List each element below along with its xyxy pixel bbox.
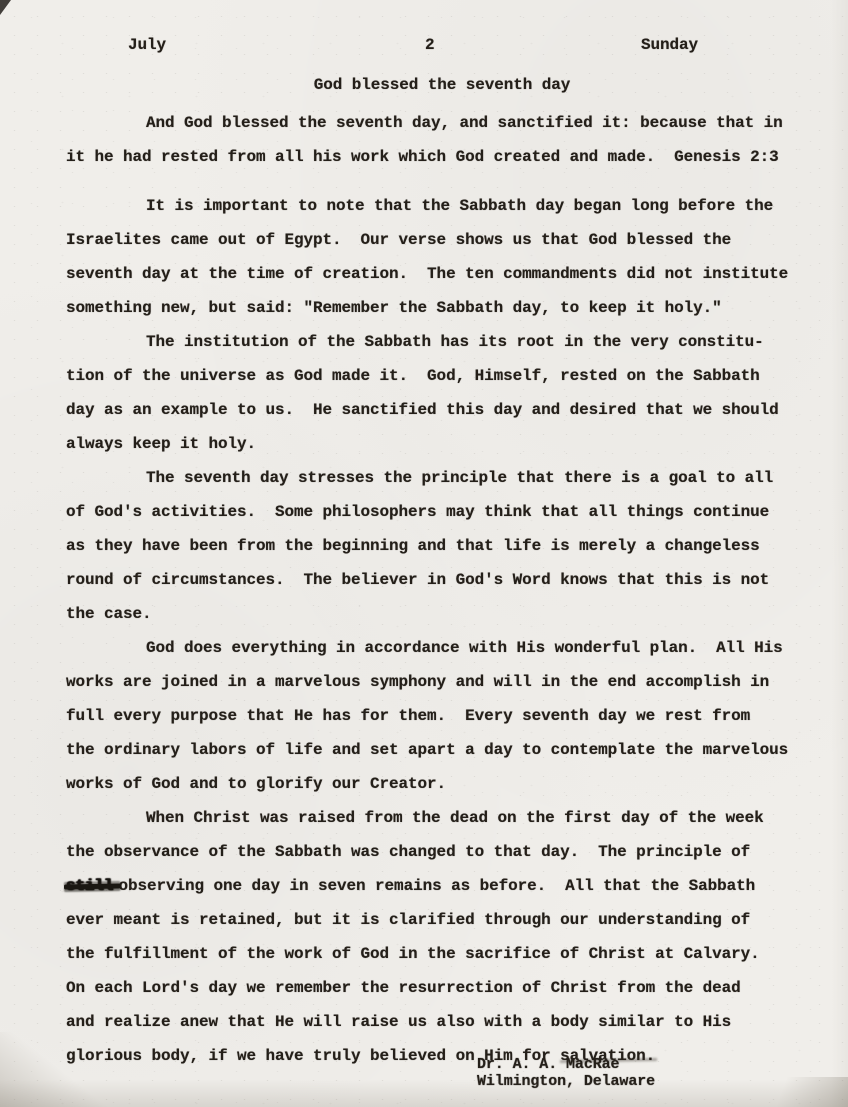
body-line: full every purpose that He has for them.… (66, 699, 826, 733)
body-line: The institution of the Sabbath has its r… (66, 325, 826, 359)
struck-out-word: still (66, 869, 114, 903)
header-day: Sunday (641, 36, 698, 54)
body-line: of God's activities. Some philosophers m… (66, 495, 826, 529)
line-with-smudge: glorious body, if we have truly believed… (66, 1039, 826, 1073)
body-line: It is important to note that the Sabbath… (66, 189, 826, 223)
document-body: And God blessed the seventh day, and san… (66, 106, 826, 1073)
page-title: God blessed the seventh day (0, 76, 848, 94)
body-line: The seventh day stresses the principle t… (66, 461, 826, 495)
page-header: July 2 Sunday (0, 36, 848, 56)
signature-name: Dr. A. A. MacRae (477, 1056, 655, 1073)
paragraph-1: It is important to note that the Sabbath… (66, 189, 826, 325)
body-line: always keep it holy. (66, 427, 826, 461)
body-line: round of circumstances. The believer in … (66, 563, 826, 597)
body-line: seventh day at the time of creation. The… (66, 257, 826, 291)
scan-corner-mark (0, 0, 11, 15)
signature-location: Wilmington, Delaware (477, 1073, 655, 1090)
body-line: and realize anew that He will raise us a… (66, 1005, 826, 1039)
signature-block: Dr. A. A. MacRae Wilmington, Delaware (477, 1056, 655, 1090)
header-page-number: 2 (425, 36, 435, 54)
paragraph-5: When Christ was raised from the dead on … (66, 801, 826, 1073)
body-line: tion of the universe as God made it. God… (66, 359, 826, 393)
paragraph-2: The institution of the Sabbath has its r… (66, 325, 826, 461)
body-line: On each Lord's day we remember the resur… (66, 971, 826, 1005)
body-line: works are joined in a marvelous symphony… (66, 665, 826, 699)
line-with-strikeout: stillobserving one day in seven remains … (66, 869, 826, 903)
body-line: Israelites came out of Egypt. Our verse … (66, 223, 826, 257)
body-line: ever meant is retained, but it is clarif… (66, 903, 826, 937)
scripture-verse: And God blessed the seventh day, and san… (66, 106, 826, 174)
body-line: something new, but said: "Remember the S… (66, 291, 826, 325)
paragraph-3: The seventh day stresses the principle t… (66, 461, 826, 631)
body-line: the fulfillment of the work of God in th… (66, 937, 826, 971)
body-line: as they have been from the beginning and… (66, 529, 826, 563)
body-line: the ordinary labors of life and set apar… (66, 733, 826, 767)
body-line-text: observing one day in seven remains as be… (119, 877, 756, 895)
body-line: God does everything in accordance with H… (66, 631, 826, 665)
scan-crease-bottom-right (738, 1077, 848, 1107)
body-line: When Christ was raised from the dead on … (66, 801, 826, 835)
document-page: July 2 Sunday God blessed the seventh da… (0, 0, 848, 1107)
verse-line: And God blessed the seventh day, and san… (66, 106, 826, 140)
body-line: the case. (66, 597, 826, 631)
body-line: works of God and to glorify our Creator. (66, 767, 826, 801)
body-line: the observance of the Sabbath was change… (66, 835, 826, 869)
paragraph-4: God does everything in accordance with H… (66, 631, 826, 801)
body-line: day as an example to us. He sanctified t… (66, 393, 826, 427)
verse-line: it he had rested from all his work which… (66, 140, 826, 174)
header-month: July (128, 36, 166, 54)
